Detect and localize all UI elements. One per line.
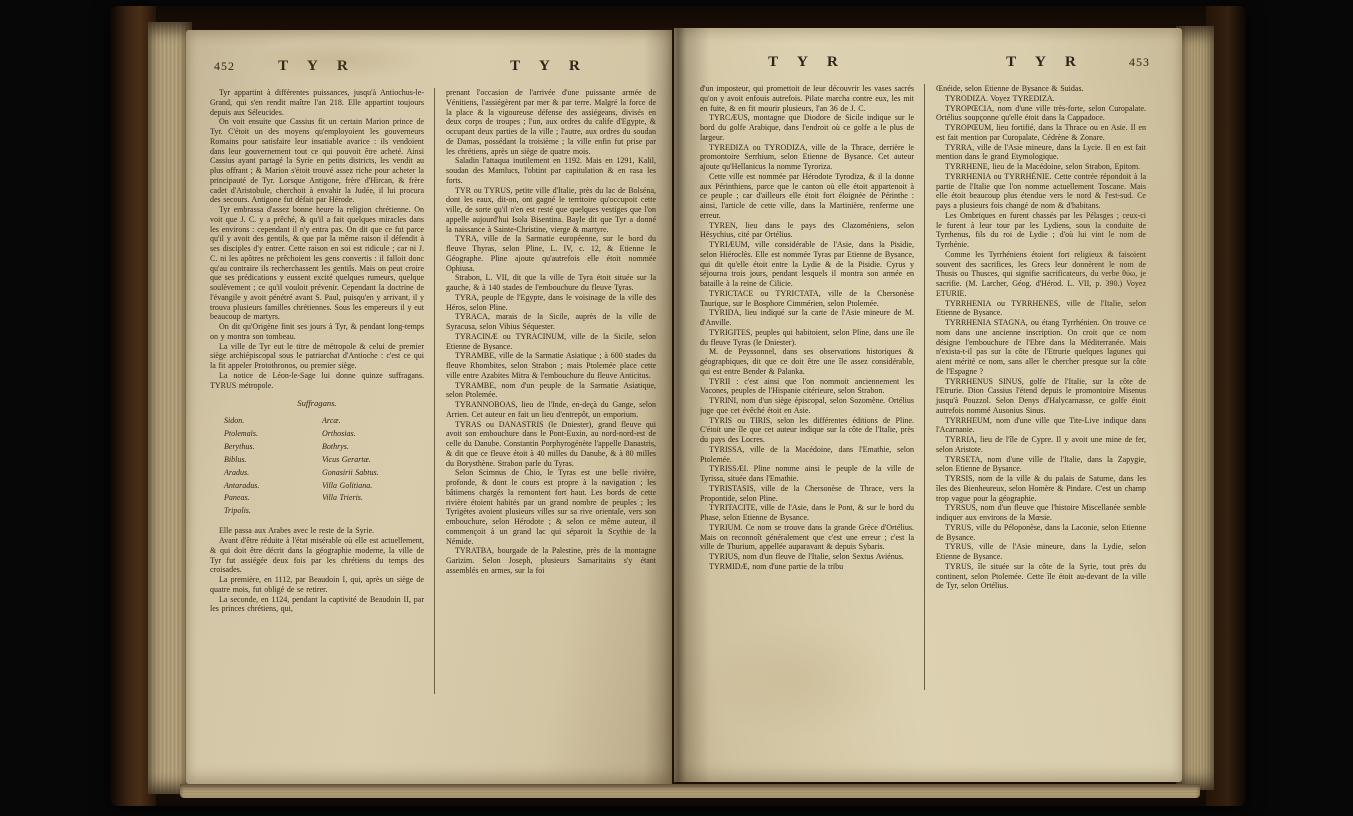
suffragan-name: Paneas. xyxy=(224,492,322,505)
suffragan-name: Ptolemaïs. xyxy=(224,428,322,441)
paragraph: TYRRHENE, lieu de la Macédoine, selon St… xyxy=(936,162,1146,172)
paragraph: TYRIS ou TIRIS, selon les différentes éd… xyxy=(700,416,914,445)
paragraph: Œnéide, selon Etienne de Bysance & Suida… xyxy=(936,84,1146,94)
suffragan-name: Aradus. xyxy=(224,467,322,480)
suffragan-name: Villa Trieris. xyxy=(322,492,420,505)
paragraph: TYRMIDÆ, nom d'une partie de la tribu xyxy=(700,562,914,572)
paragraph: TYROPŒUM, lieu fortifié, dans la Thrace … xyxy=(936,123,1146,143)
paragraph: TYRINI, nom d'un siège épiscopal, selon … xyxy=(700,396,914,416)
right-page-number: 453 xyxy=(1129,55,1150,70)
left-column-1: Tyr appartint à différentes puissances, … xyxy=(210,88,424,694)
paragraph: Elle passa aux Arabes avec le reste de l… xyxy=(210,526,424,536)
paragraph: Saladin l'attaqua inutilement en 1192. M… xyxy=(446,156,656,185)
paragraph: TYRATBA, bourgade de la Palestine, près … xyxy=(446,546,656,575)
paragraph: TYRRHEUM, nom d'une ville que Tite-Live … xyxy=(936,416,1146,436)
paragraph: TYRIGITES, peuples qui habitoient, selon… xyxy=(700,328,914,348)
suffragan-name: Tripolis. xyxy=(224,505,322,518)
paragraph: TYRITACITE, ville de l'Asie, dans le Pon… xyxy=(700,503,914,523)
paragraph: TYRRHENIA ou TYRRHÉNIE. Cette contrée ré… xyxy=(936,172,1146,211)
paragraph: TYRISSA, ville de la Macédoine, dans l'E… xyxy=(700,445,914,465)
right-page-content: T Y R T Y R 453 d'un imposteur, qui prom… xyxy=(700,54,1152,690)
paragraph: TYRACA, marais de la Sicile, auprès de l… xyxy=(446,312,656,332)
right-page: T Y R T Y R 453 d'un imposteur, qui prom… xyxy=(674,28,1182,782)
paragraph: TYRRHENUS SINUS, golfe de l'Italie, sur … xyxy=(936,377,1146,416)
paragraph: Les Ombriques en furent chassés par les … xyxy=(936,211,1146,250)
paragraph: TYR ou TYRUS, petite ville d'Italie, prè… xyxy=(446,186,656,235)
paragraph: Strabon, L. VII, dit que la ville de Tyr… xyxy=(446,273,656,293)
running-title-right-col1: T Y R xyxy=(700,54,914,71)
suffragans-column-b: Arcæ.Orthosias.Bothrys.Vicus Gerartæ.Gon… xyxy=(322,415,420,519)
paragraph: TYRUS, île située sur la côte de la Syri… xyxy=(936,562,1146,591)
page-edges-bottom xyxy=(180,784,1200,798)
paragraph: TYRAS ou DANASTRIS (le Dniester), grand … xyxy=(446,420,656,469)
left-page-content: 452 T Y R T Y R Tyr appartint à différen… xyxy=(210,58,656,694)
suffragan-name: Villa Golitiana. xyxy=(322,480,420,493)
paragraph: TYRANNOBOAS, lieu de l'Inde, en-deçà du … xyxy=(446,400,656,420)
running-title-right-col2: T Y R xyxy=(938,54,1152,71)
left-running-head: 452 T Y R T Y R xyxy=(210,58,656,84)
paragraph: TYRIÆUM, ville considérable de l'Asie, d… xyxy=(700,240,914,289)
paragraph: TYRICTACE ou TYRICTATA, ville de la Cher… xyxy=(700,289,914,309)
paragraph: TYRIUS, nom d'un fleuve de l'Italie, sel… xyxy=(700,552,914,562)
left-page: 452 T Y R T Y R Tyr appartint à différen… xyxy=(186,30,672,784)
paragraph: La ville de Tyr eut le titre de métropol… xyxy=(210,342,424,371)
paragraph: TYRIUM. Ce nom se trouve dans la grande … xyxy=(700,523,914,552)
suffragan-name: Antaradus. xyxy=(224,480,322,493)
suffragan-name: Berythus. xyxy=(224,441,322,454)
running-title-left-col1: T Y R xyxy=(210,58,424,75)
paragraph: TYRA, ville de la Sarmatie européenne, s… xyxy=(446,234,656,273)
paragraph: prenant l'occasion de l'arrivée d'une pu… xyxy=(446,88,656,156)
suffragans-column-a: Sidon.Ptolemaïs.Berythus.Biblus.Aradus.A… xyxy=(224,415,322,519)
paragraph: La première, en 1112, par Beaudoin I, qu… xyxy=(210,575,424,595)
suffragan-name: Bothrys. xyxy=(322,441,420,454)
paragraph: TYRA, peuple de l'Egypte, dans le voisin… xyxy=(446,293,656,313)
left-col1-top: Tyr appartint à différentes puissances, … xyxy=(210,88,424,390)
paragraph: TYREN, lieu dans le pays des Clazoménien… xyxy=(700,221,914,241)
left-page-columns: Tyr appartint à différentes puissances, … xyxy=(210,88,656,694)
suffragan-name: Orthosias. xyxy=(322,428,420,441)
paragraph: TYRAMBE, ville de la Sarmatie Asiatique … xyxy=(446,351,656,380)
paragraph: TYRIDA, lieu indiqué sur la carte de l'A… xyxy=(700,308,914,328)
paragraph: On dit qu'Origène finit ses jours à Tyr,… xyxy=(210,322,424,342)
paragraph: TYRII : c'est ainsi que l'on nommoit anc… xyxy=(700,377,914,397)
paragraph: Avant d'être réduite à l'état misérable … xyxy=(210,536,424,575)
suffragan-name: Sidon. xyxy=(224,415,322,428)
paragraph: TYRISTASIS, ville de la Chersonèse de Th… xyxy=(700,484,914,504)
running-title-left-col2: T Y R xyxy=(442,58,656,75)
paragraph: Tyr appartint à différentes puissances, … xyxy=(210,88,424,117)
paragraph: TYRCÆUS, montagne que Diodore de Sicile … xyxy=(700,113,914,142)
paragraph: TYRRHENIA ou TYRRHENES, ville de l'Itali… xyxy=(936,299,1146,319)
paragraph: TYRUS, ville du Péloponèse, dans la Laco… xyxy=(936,523,1146,543)
paragraph: TYRUS, ville de l'Asie mineure, dans la … xyxy=(936,542,1146,562)
suffragans-heading: Suffragans. xyxy=(210,398,424,408)
right-column-2: Œnéide, selon Etienne de Bysance & Suida… xyxy=(924,84,1146,690)
right-column-1: d'un imposteur, qui promettoit de leur d… xyxy=(700,84,914,690)
paragraph: La seconde, en 1124, pendant la captivit… xyxy=(210,595,424,615)
suffragan-name: Arcæ. xyxy=(322,415,420,428)
paragraph: TYREDIZA ou TYRODIZA, ville de la Thrace… xyxy=(700,143,914,172)
paragraph: TYRSIS, nom de la ville & du palais de S… xyxy=(936,474,1146,503)
paragraph: TYRRIA, lieu de l'île de Cypre. Il y avo… xyxy=(936,435,1146,455)
paragraph: Cette ville est nommée par Hérodote Tyro… xyxy=(700,172,914,221)
paragraph: TYRSETA, nom d'une ville de l'Italie, da… xyxy=(936,455,1146,475)
suffragan-name: Biblus. xyxy=(224,454,322,467)
paragraph: TYRRHENIA STAGNA, ou étang Tyrrhénien. O… xyxy=(936,318,1146,377)
left-col1-bottom: Elle passa aux Arabes avec le reste de l… xyxy=(210,526,424,614)
paragraph: TYRODIZA. Voyez TYREDIZA. xyxy=(936,94,1146,104)
suffragans-list: Sidon.Ptolemaïs.Berythus.Biblus.Aradus.A… xyxy=(224,415,424,519)
paragraph: TYROPŒCIA, nom d'une ville très-forte, s… xyxy=(936,104,1146,124)
paragraph: M. de Peyssonnel, dans ses observations … xyxy=(700,347,914,376)
suffragan-name: Gonasirii Sabtus. xyxy=(322,467,420,480)
paragraph: Comme les Tyrrhéniens étoient fort relig… xyxy=(936,250,1146,299)
suffragan-name: Vicus Gerartæ. xyxy=(322,454,420,467)
paragraph: Selon Scimnus de Chio, le Tyras est une … xyxy=(446,468,656,546)
paragraph: TYRACINÆ ou TYRACINUM, ville de la Sicil… xyxy=(446,332,656,352)
paragraph: On voit ensuite que Cassius fit un certa… xyxy=(210,117,424,205)
paragraph: TYRSUS, nom d'un fleuve que l'histoire M… xyxy=(936,503,1146,523)
paragraph: Tyr embrassa d'assez bonne heure la reli… xyxy=(210,205,424,322)
paragraph: TYRISSÆI. Pline nomme ainsi le peuple de… xyxy=(700,464,914,484)
right-running-head: T Y R T Y R 453 xyxy=(700,54,1152,80)
paragraph: La notice de Léon-le-Sage lui donne quin… xyxy=(210,371,424,391)
paragraph: TYRAMBE, nom d'un peuple de la Sarmatie … xyxy=(446,381,656,401)
left-column-2: prenant l'occasion de l'arrivée d'une pu… xyxy=(434,88,656,694)
paragraph: TYRRA, ville de l'Asie mineure, dans la … xyxy=(936,143,1146,163)
paragraph: d'un imposteur, qui promettoit de leur d… xyxy=(700,84,914,113)
right-page-columns: d'un imposteur, qui promettoit de leur d… xyxy=(700,84,1152,690)
